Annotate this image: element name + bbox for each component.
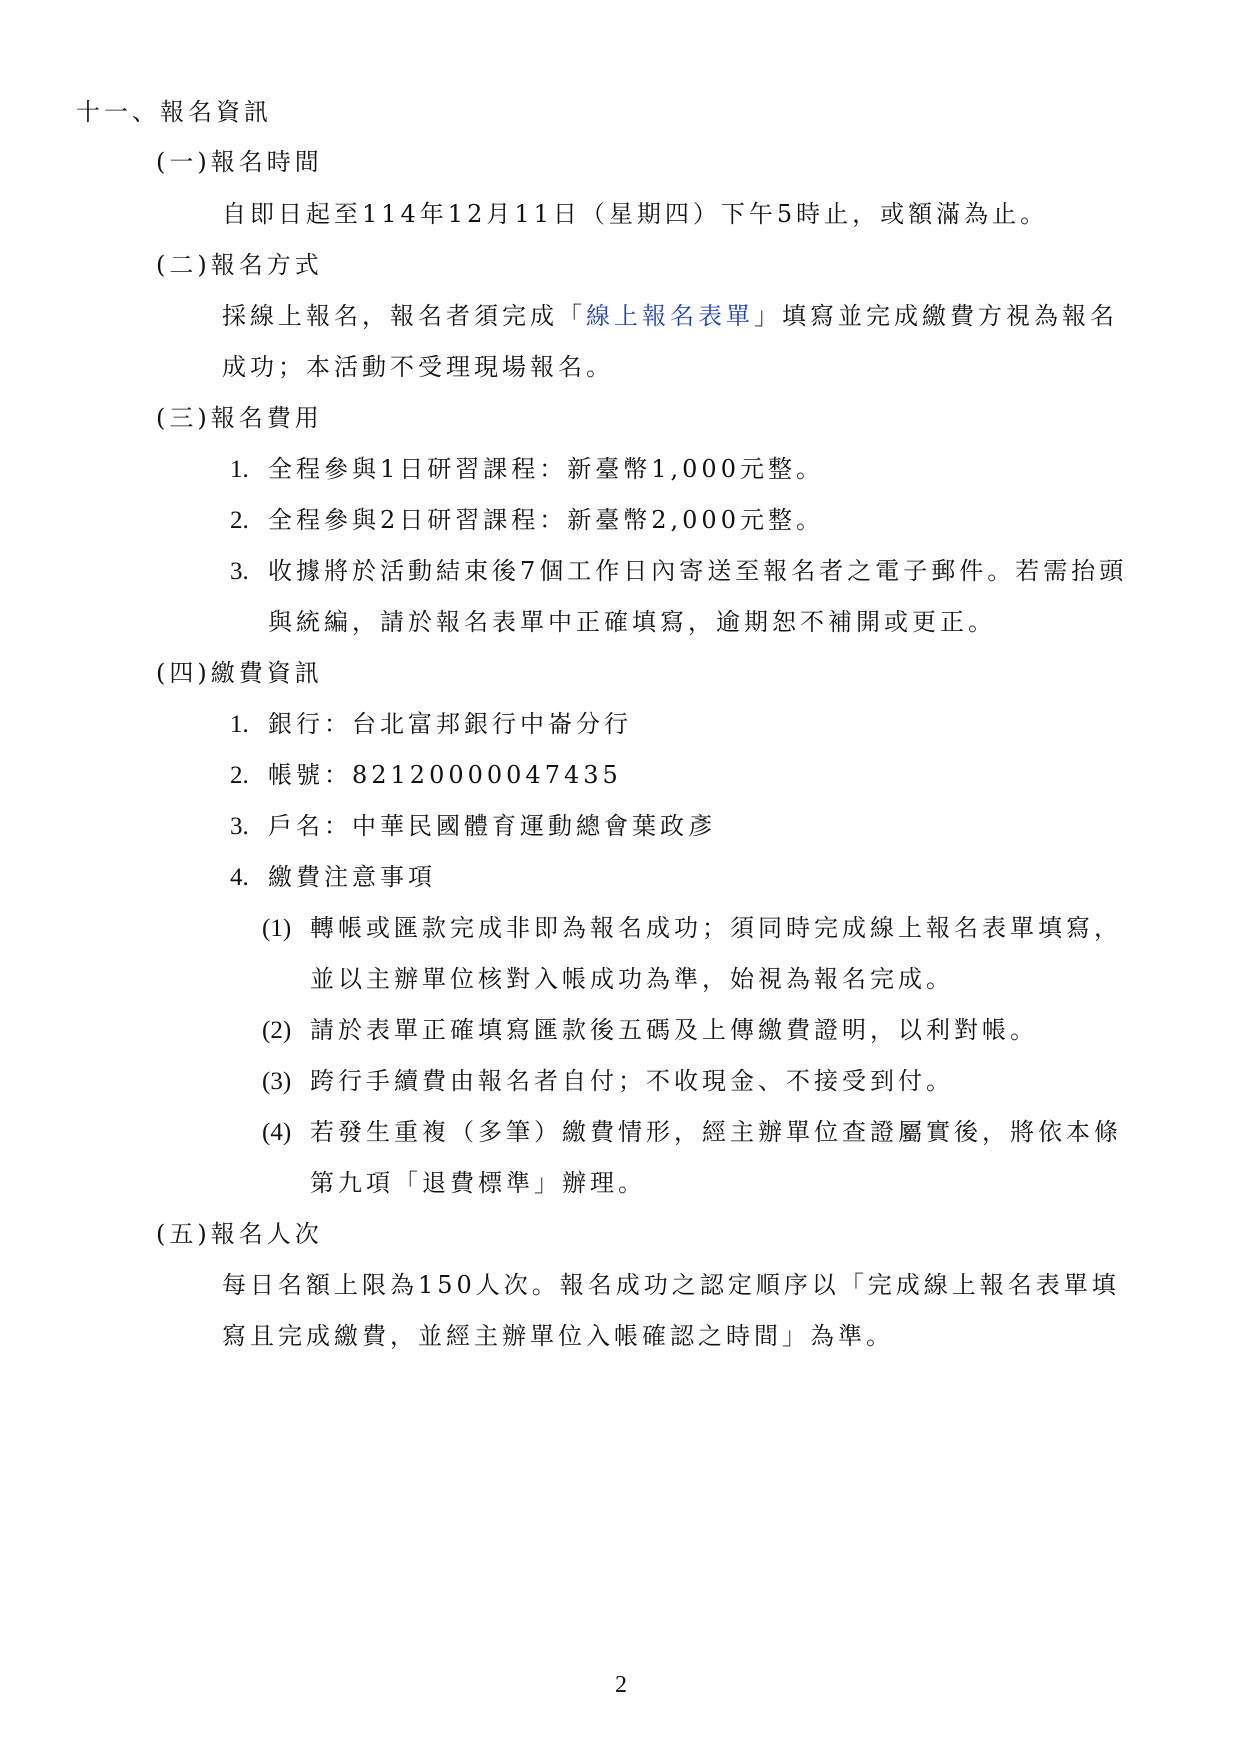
item-text: 戶名：中華民國體育運動總會葉政彥 [268, 812, 716, 840]
item-text: 繳費注意事項 [268, 863, 436, 891]
payment-note-continuation: 並以主辦單位核對入帳成功為準，始視為報名完成。 [310, 964, 954, 994]
subsection-heading-quota: (五)報名人次 [156, 1219, 323, 1249]
section-title: 十一、報名資訊 [76, 97, 272, 127]
payment-item-notes: 4.繳費注意事項 [230, 862, 436, 893]
item-label: 3. [230, 557, 268, 587]
payment-note: (3)跨行手續費由報名者自付；不收現金、不接受到付。 [262, 1066, 954, 1097]
note-label: (4) [262, 1118, 310, 1148]
item-text: 帳號：82120000047435 [268, 761, 622, 789]
payment-note: (2)請於表單正確填寫匯款後五碼及上傳繳費證明，以利對帳。 [262, 1015, 1038, 1046]
note-label: (3) [262, 1067, 310, 1097]
payment-item-bank: 1.銀行：台北富邦銀行中崙分行 [230, 709, 632, 740]
subsection-heading-fees: (三)報名費用 [156, 403, 323, 433]
online-registration-form-link[interactable]: 線上報名表單 [586, 302, 754, 330]
subsection-heading-time: (一)報名時間 [156, 147, 323, 177]
item-label: 3. [230, 812, 268, 842]
subsection-heading-payment: (四)繳費資訊 [156, 658, 323, 688]
item-text: 收據將於活動結束後7個工作日內寄送至報名者之電子郵件。若需抬頭 [268, 557, 1127, 585]
item-text: 銀行：台北富邦銀行中崙分行 [268, 710, 632, 738]
item-label: 2. [230, 506, 268, 536]
note-text: 若發生重複（多筆）繳費情形，經主辦單位查證屬實後，將依本條 [310, 1118, 1122, 1146]
fee-item-continuation: 與統編，請於報名表單中正確填寫，逾期恕不補開或更正。 [268, 607, 996, 637]
document-page: 十一、報名資訊 (一)報名時間 自即日起至114年12月11日（星期四）下午5時… [0, 0, 1242, 1756]
fee-item: 3.收據將於活動結束後7個工作日內寄送至報名者之電子郵件。若需抬頭 [230, 556, 1127, 587]
subsection-heading-method: (二)報名方式 [156, 250, 323, 280]
note-text: 請於表單正確填寫匯款後五碼及上傳繳費證明，以利對帳。 [310, 1016, 1038, 1044]
heading-text: (二)報名方式 [156, 251, 323, 279]
registration-period-text: 自即日起至114年12月11日（星期四）下午5時止，或額滿為止。 [222, 199, 1048, 229]
note-text: 跨行手續費由報名者自付；不收現金、不接受到付。 [310, 1067, 954, 1095]
fee-item: 2.全程參與2日研習課程：新臺幣2,000元整。 [230, 505, 824, 536]
fee-item: 1.全程參與1日研習課程：新臺幣1,000元整。 [230, 454, 824, 485]
payment-note: (1)轉帳或匯款完成非即為報名成功；須同時完成線上報名表單填寫， [262, 913, 1122, 944]
quota-text-line-1: 每日名額上限為150人次。報名成功之認定順序以「完成線上報名表單填 [222, 1270, 1120, 1300]
payment-item-account-name: 3.戶名：中華民國體育運動總會葉政彥 [230, 811, 716, 842]
note-text: 轉帳或匯款完成非即為報名成功；須同時完成線上報名表單填寫， [310, 914, 1122, 942]
item-text: 全程參與2日研習課程：新臺幣2,000元整。 [268, 506, 824, 534]
item-label: 1. [230, 455, 268, 485]
payment-item-account: 2.帳號：82120000047435 [230, 760, 622, 791]
item-label: 1. [230, 710, 268, 740]
note-label: (2) [262, 1016, 310, 1046]
registration-method-line-2: 成功；本活動不受理現場報名。 [222, 352, 614, 382]
note-label: (1) [262, 914, 310, 944]
payment-note-continuation: 第九項「退費標準」辦理。 [310, 1168, 646, 1198]
text-before-link: 採線上報名，報名者須完成「 [222, 302, 586, 330]
text-after-link: 」填寫並完成繳費方視為報名 [754, 302, 1118, 330]
payment-note: (4)若發生重複（多筆）繳費情形，經主辦單位查證屬實後，將依本條 [262, 1117, 1122, 1148]
item-label: 4. [230, 863, 268, 893]
item-label: 2. [230, 761, 268, 791]
item-text: 全程參與1日研習課程：新臺幣1,000元整。 [268, 455, 824, 483]
page-number: 2 [0, 1672, 1242, 1699]
registration-method-line-1: 採線上報名，報名者須完成「線上報名表單」填寫並完成繳費方視為報名 [222, 301, 1118, 331]
quota-text-line-2: 寫且完成繳費，並經主辦單位入帳確認之時間」為準。 [222, 1321, 894, 1351]
